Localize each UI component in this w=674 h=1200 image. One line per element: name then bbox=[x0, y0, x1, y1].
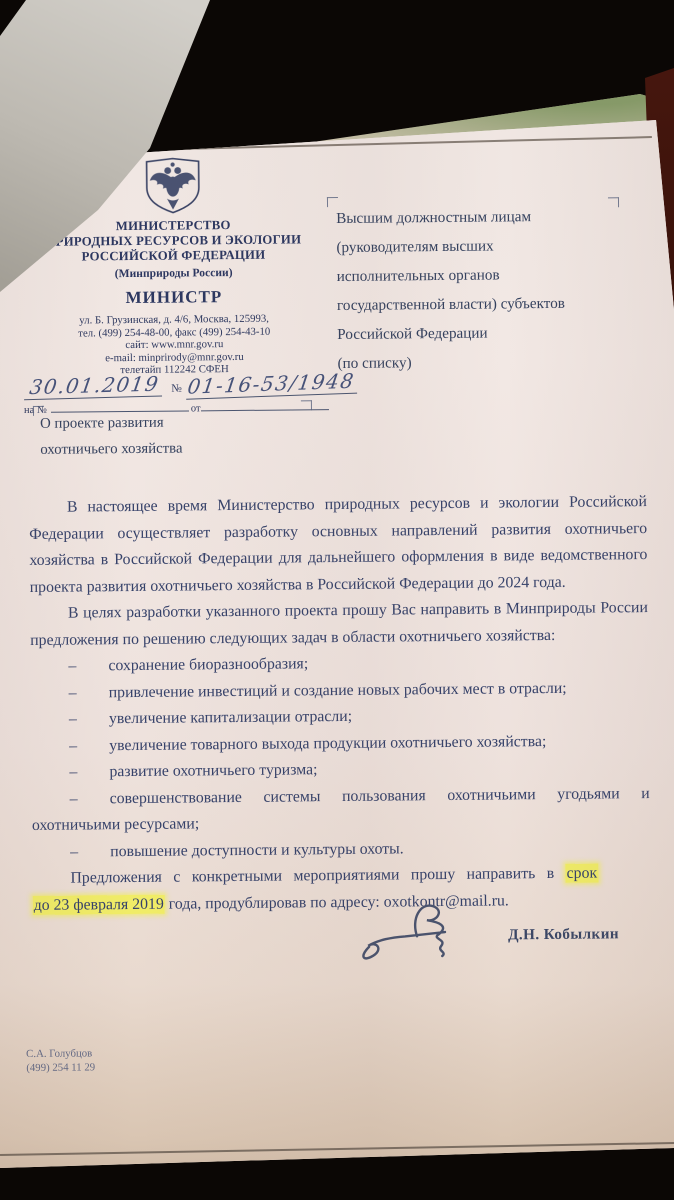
task-item: –совершенствование системы пользования о… bbox=[32, 781, 650, 840]
ministry-short-name: (Минприроды России) bbox=[23, 264, 325, 282]
paragraph-intro: В настоящее время Министерство природных… bbox=[29, 489, 648, 601]
reply-date-blank bbox=[201, 409, 329, 411]
recipient-crop-mark-right bbox=[608, 197, 619, 207]
address-block: ул. Б. Грузинская, д. 4/6, Москва, 12599… bbox=[23, 312, 326, 378]
recipient-crop-mark-left bbox=[327, 197, 338, 207]
signature-autograph bbox=[353, 892, 484, 965]
recipient-line: исполнительных органов bbox=[337, 259, 633, 291]
signer-name: Д.Н. Кобылкин bbox=[508, 925, 619, 944]
paragraph-deadline: Предложения с конкретными мероприятиями … bbox=[32, 860, 650, 919]
task-text: повышение доступности и культуры охоты. bbox=[110, 840, 404, 860]
letter-body: В настоящее время Министерство природных… bbox=[29, 489, 651, 919]
list-dash: – bbox=[69, 706, 109, 733]
coat-of-arms-icon bbox=[144, 156, 203, 215]
subject-line1: О проекте развития bbox=[40, 408, 300, 436]
from-label: от bbox=[191, 403, 201, 414]
address-phone-fax: тел. (499) 254-48-00, факс (499) 254-43-… bbox=[23, 325, 325, 340]
reply-number-blank bbox=[51, 410, 189, 412]
recipient-line: Российской Федерации bbox=[337, 317, 633, 349]
task-item: –развитие охотничьего туризма; bbox=[31, 754, 649, 786]
highlighted-deadline-word: срок bbox=[566, 864, 599, 883]
executor-block: С.А. Голубцов (499) 254 11 29 bbox=[26, 1046, 95, 1075]
task-text: увеличение товарного выхода продукции ох… bbox=[109, 733, 546, 754]
subject-crop-mark-right bbox=[301, 400, 312, 410]
list-dash: – bbox=[69, 733, 109, 760]
recipient-line: Высшим должностным лицам bbox=[336, 201, 632, 233]
task-text: привлечение инвестиций и создание новых … bbox=[109, 679, 567, 700]
task-item: –увеличение капитализации отрасли; bbox=[31, 701, 649, 733]
subject-crop-mark-left bbox=[33, 406, 44, 416]
list-dash: – bbox=[69, 759, 109, 786]
deadline-text-pre: Предложения с конкретными мероприятиями … bbox=[70, 865, 565, 887]
post-title: МИНИСТР bbox=[23, 286, 325, 309]
address-street: ул. Б. Грузинская, д. 4/6, Москва, 12599… bbox=[23, 312, 325, 327]
number-sign: № bbox=[171, 382, 182, 394]
subject-block: О проекте развития охотничьего хозяйства bbox=[40, 408, 300, 462]
executor-phone: (499) 254 11 29 bbox=[26, 1060, 95, 1075]
address-teletype: телетайп 112242 СФЕН bbox=[24, 363, 326, 378]
ministry-name-line3: РОССИЙСКОЙ ФЕДЕРАЦИИ bbox=[22, 247, 324, 265]
task-item: –привлечение инвестиций и создание новых… bbox=[31, 675, 649, 707]
task-item: –повышение доступности и культуры охоты. bbox=[32, 834, 650, 866]
recipient-line: государственной власти) субъектов bbox=[337, 288, 633, 320]
recipient-block: Высшим должностным лицам (руководителям … bbox=[336, 201, 634, 378]
highlighted-deadline-date: до 23 февраля 2019 bbox=[33, 894, 165, 914]
incoming-reference-row: на №от bbox=[24, 402, 326, 416]
handwritten-outgoing-number: 01-16-53/1948 bbox=[186, 369, 356, 399]
top-page-rule-line bbox=[140, 136, 652, 151]
list-dash: – bbox=[69, 680, 109, 707]
list-dash: – bbox=[70, 786, 110, 813]
task-text: развитие охотничьего туризма; bbox=[109, 761, 317, 780]
task-text: увеличение капитализации отрасли; bbox=[109, 708, 352, 727]
task-text: сохранение биоразнообразия; bbox=[108, 655, 308, 674]
address-site: сайт: www.mnr.gov.ru bbox=[23, 337, 325, 352]
deadline-text-rest: года, продублировав по адресу: oxotkontr… bbox=[165, 892, 509, 912]
address-email: e-mail: minprirody@mnr.gov.ru bbox=[23, 350, 325, 365]
paragraph-request: В целях разработки указанного проекта пр… bbox=[30, 595, 648, 654]
recipient-line: (по списку) bbox=[337, 346, 633, 378]
recipient-line: (руководителям высших bbox=[336, 230, 632, 262]
scanned-letter-photo: МИНИСТЕРСТВО ПРИРОДНЫХ РЕСУРСОВ И ЭКОЛОГ… bbox=[0, 0, 674, 1200]
task-item: –увеличение товарного выхода продукции о… bbox=[31, 728, 649, 760]
subject-line2: охотничьего хозяйства bbox=[40, 434, 300, 462]
handwritten-date: 30.01.2019 bbox=[28, 371, 161, 399]
task-item: –сохранение биоразнообразия; bbox=[30, 648, 648, 680]
bottom-page-rule-line bbox=[0, 1142, 674, 1156]
list-dash: – bbox=[70, 839, 110, 866]
executor-name: С.А. Голубцов bbox=[26, 1046, 95, 1061]
reply-prefix-label: на № bbox=[24, 405, 47, 416]
list-dash: – bbox=[68, 653, 108, 680]
task-text: совершенствование системы пользования ох… bbox=[32, 785, 650, 834]
reference-row: 30.01.2019№01-16-53/1948 bbox=[24, 371, 326, 399]
